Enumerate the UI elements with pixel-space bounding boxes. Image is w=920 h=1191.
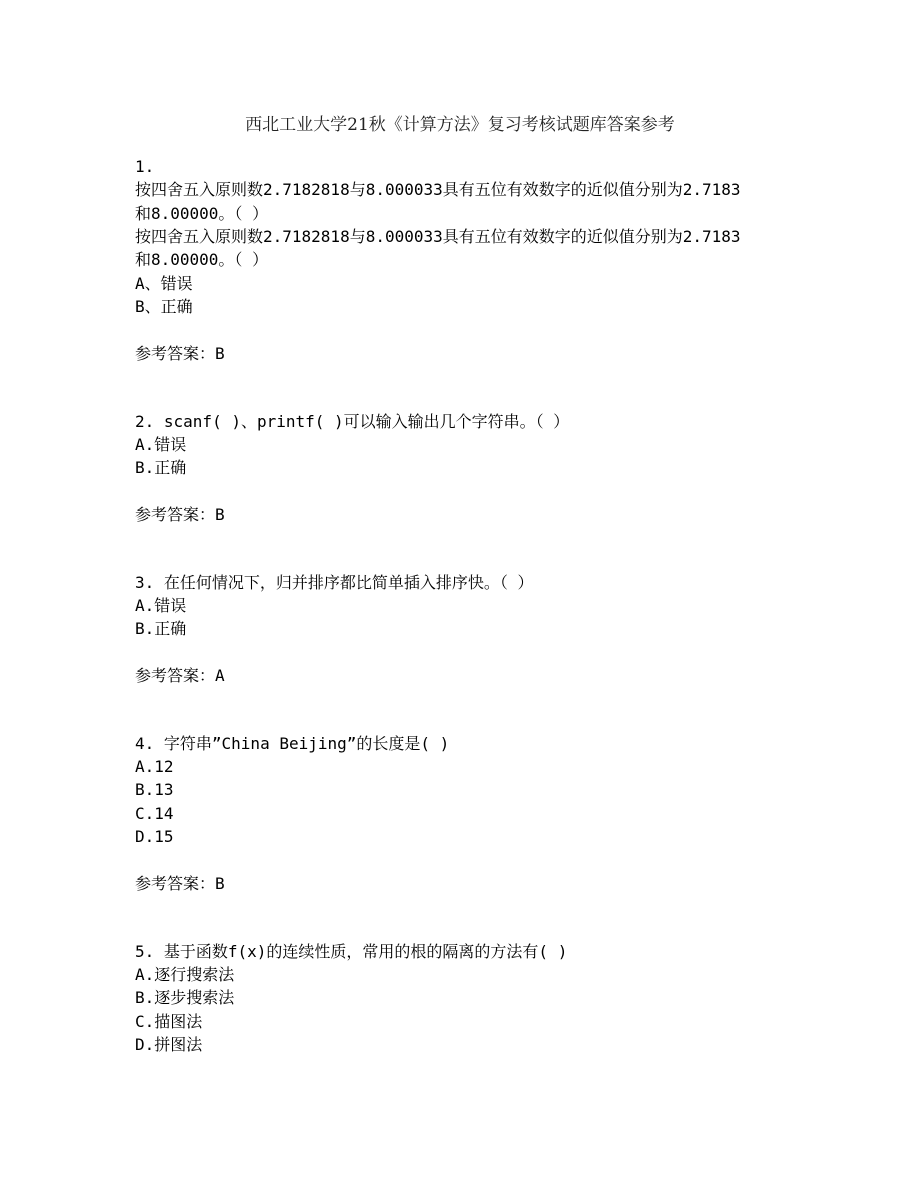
question-5-option-c: C.描图法 <box>135 1012 202 1032</box>
question-2-answer: 参考答案：B <box>135 505 225 525</box>
question-4-option-a: A.12 <box>135 757 174 777</box>
question-4-option-c: C.14 <box>135 804 174 824</box>
question-3-option-a: A.错误 <box>135 596 186 616</box>
question-3-stem: 3. 在任何情况下，归并排序都比简单插入排序快。（ ） <box>135 573 534 593</box>
question-5-stem: 5. 基于函数f(x)的连续性质，常用的根的隔离的方法有( ) <box>135 942 567 962</box>
question-1-stem-line-1: 按四舍五入原则数2.7182818与8.000033具有五位有效数字的近似值分别… <box>135 180 741 200</box>
question-5-option-d: D.拼图法 <box>135 1035 202 1055</box>
question-5-option-a: A.逐行搜索法 <box>135 965 234 985</box>
question-4-answer: 参考答案：B <box>135 874 225 894</box>
question-1-stem-line-4: 和8.00000。（ ） <box>135 250 268 270</box>
question-2-option-b: B.正确 <box>135 458 186 478</box>
question-4-option-b: B.13 <box>135 780 174 800</box>
question-3-option-b: B.正确 <box>135 619 186 639</box>
question-3-answer: 参考答案：A <box>135 666 225 686</box>
question-1-option-b: B、正确 <box>135 297 193 317</box>
question-4-option-d: D.15 <box>135 827 174 847</box>
question-5-option-b: B.逐步搜索法 <box>135 988 234 1008</box>
question-1-stem-line-3: 按四舍五入原则数2.7182818与8.000033具有五位有效数字的近似值分别… <box>135 227 741 247</box>
question-1-option-a: A、错误 <box>135 274 193 294</box>
question-2-option-a: A.错误 <box>135 435 186 455</box>
question-1-answer: 参考答案：B <box>135 344 225 364</box>
question-1-stem-line-2: 和8.00000。（ ） <box>135 204 268 224</box>
question-1-number: 1. <box>135 157 154 177</box>
question-4-stem: 4. 字符串”China Beijing”的长度是( ) <box>135 734 449 754</box>
document-title: 西北工业大学21秋《计算方法》复习考核试题库答案参考 <box>0 110 920 135</box>
question-2-stem: 2. scanf( )、printf( )可以输入输出几个字符串。（ ） <box>135 412 569 432</box>
